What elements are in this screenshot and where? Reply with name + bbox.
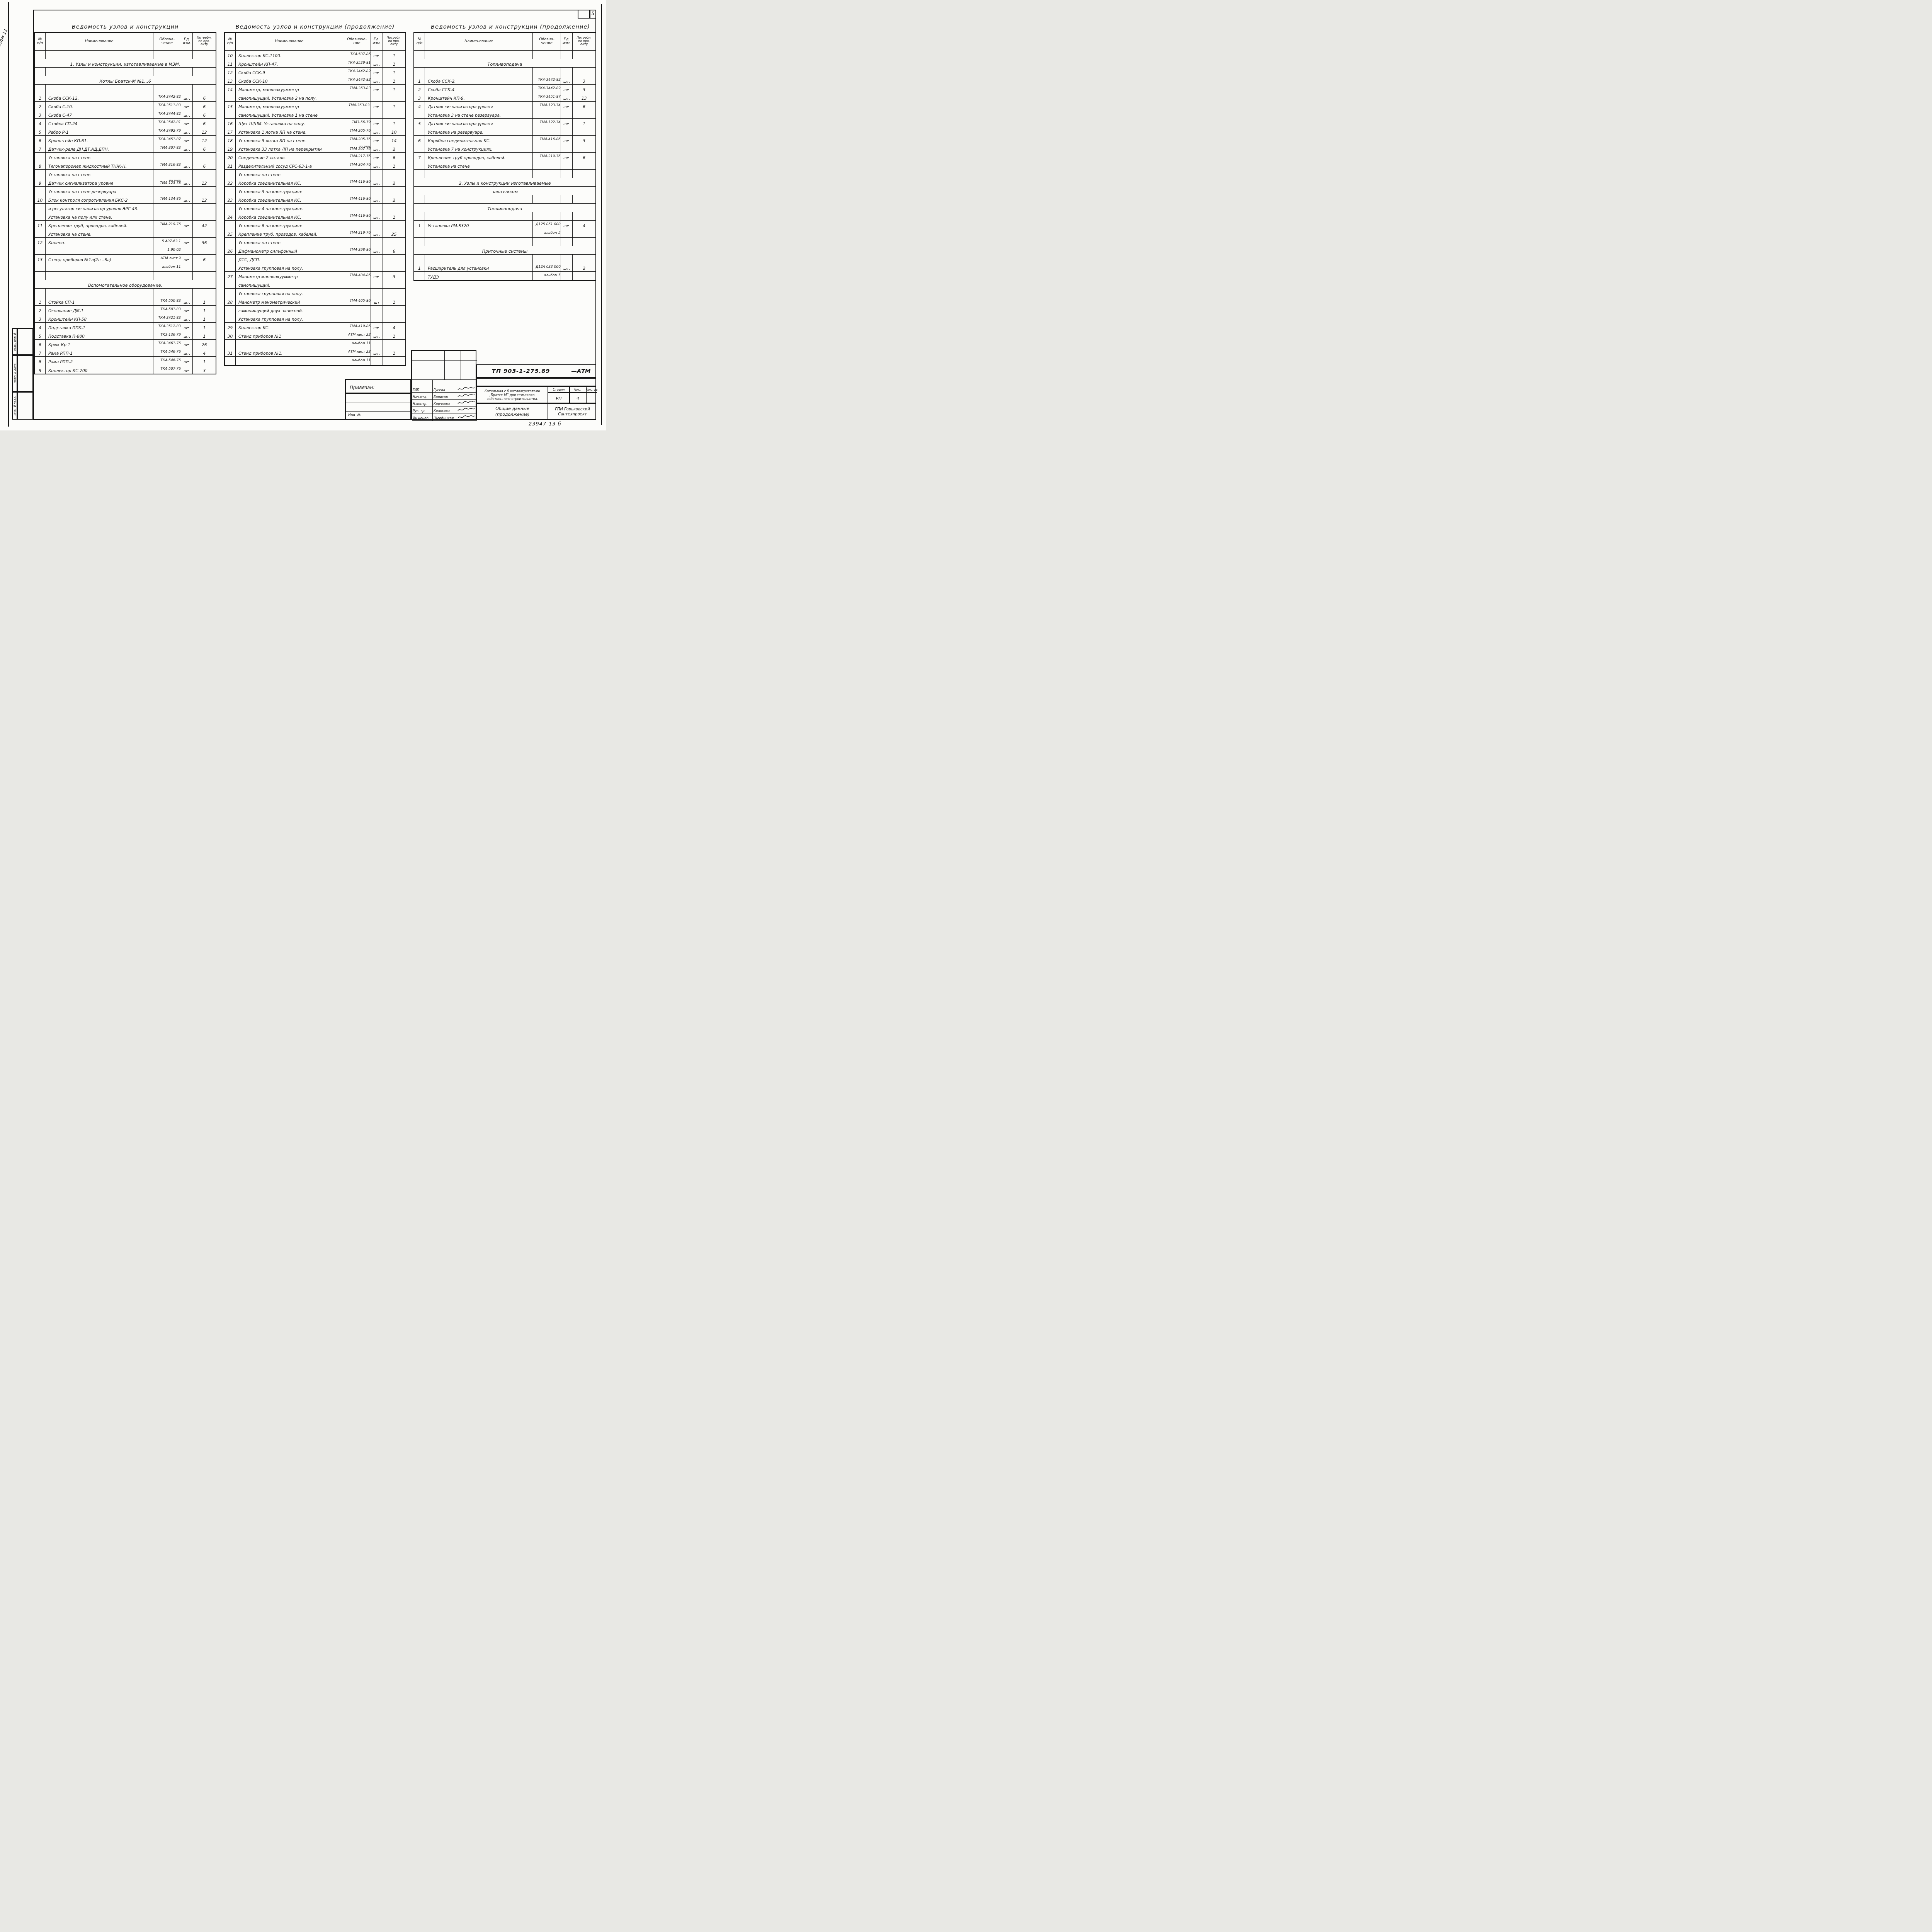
row-unit: шт.	[181, 110, 193, 118]
row-name: Датчик сигнализатора уровня	[425, 119, 533, 127]
row-qty	[383, 306, 405, 314]
row-num: 16	[225, 119, 236, 127]
row-name: Датчик сигнализатора уровня	[425, 102, 533, 110]
col-header-num: № п/п	[225, 33, 236, 50]
signature-role: Н.контр.	[412, 400, 433, 406]
signature-name: Корчкова	[433, 400, 455, 406]
row-designation: ТК4-507-86	[343, 51, 371, 59]
row-name: Установка на стене.	[236, 170, 343, 178]
row-name: Датчик-реле ДН,ДТ,АД,ДПН.	[46, 144, 153, 152]
row-num: 7	[35, 144, 46, 152]
row-designation	[343, 238, 371, 246]
row-designation: ТК4-3442-82	[343, 68, 371, 76]
row-qty	[383, 263, 405, 271]
table-row: 10Блок контроля сопротивления БКС-2ТМ4-1…	[35, 195, 216, 204]
row-unit: шт.	[371, 136, 383, 144]
row-name: Коробка соединительная КС.	[425, 136, 533, 144]
page-number: 5	[590, 10, 596, 19]
row-num	[225, 314, 236, 322]
row-unit	[181, 204, 193, 212]
row-designation: по типуТМ4-207-76	[343, 144, 371, 152]
table-row: Установка на стене резервуара	[35, 187, 216, 195]
row-unit: шт.	[181, 297, 193, 305]
row-designation: ТК4-3442-82	[153, 93, 182, 101]
row-designation	[533, 255, 561, 263]
table-row: 12Скоба ССК-9ТК4-3442-82шт.1	[225, 68, 405, 76]
row-qty	[383, 289, 405, 297]
row-num: 29	[225, 323, 236, 331]
row-num	[35, 204, 46, 212]
row-num	[414, 229, 425, 237]
row-num	[414, 212, 425, 220]
table-title: Ведомость узлов и конструкций (продолжен…	[224, 24, 406, 30]
row-unit: шт.	[561, 153, 573, 161]
signature-row: Рук. гр.Колосова	[412, 406, 477, 413]
section-title: 2. Узлы и конструкции изготавливаемые	[459, 181, 551, 186]
table-row: 15Манометр, мановакуумметрТМ4-363-83.шт.…	[225, 102, 405, 110]
row-num: 5	[35, 127, 46, 135]
table-row: самопишущий двух записной.	[225, 306, 405, 314]
row-unit: шт.	[181, 238, 193, 246]
row-name: Коробка соединительная КС.	[236, 195, 343, 203]
row-name: Разделительный сосуд СРС-63-1-а	[236, 161, 343, 169]
row-designation: ТМ4-398-86	[343, 246, 371, 254]
row-unit	[561, 51, 573, 59]
row-unit	[561, 127, 573, 135]
row-designation: ТК4-3461-76	[153, 340, 182, 348]
document-title: Общие данные (продолжение)	[477, 404, 548, 419]
row-designation	[533, 110, 561, 118]
table-row: 6Кронштейн КП-61.ТК4-3451-87шт.12	[35, 136, 216, 144]
row-num: 6	[35, 340, 46, 348]
row-unit	[371, 280, 383, 288]
row-name: Установка на стене.	[46, 153, 153, 161]
section-title: 1. Узлы и конструкции, изготавливаемые в…	[70, 62, 180, 67]
signature-role: Нач.отд.	[412, 393, 433, 400]
row-num	[35, 170, 46, 178]
row-unit: шт.	[181, 195, 193, 203]
row-unit: шт.	[561, 102, 573, 110]
row-designation: ТМ4-219-76	[343, 229, 371, 237]
row-designation	[153, 272, 182, 280]
row-num: 7	[414, 153, 425, 161]
row-name: Установка 6 на конструкциях	[236, 221, 343, 229]
row-qty	[573, 144, 595, 152]
table-row: 1Стойка СП-1ТК4-550-83шт.1	[35, 297, 216, 306]
table-row: 18Установка 9 лотка ЛП на стене.ТМ4-205-…	[225, 136, 405, 144]
drawing-sheet: 5 Альбом 11 Взам. инв.№Подп. и датаИнв. …	[0, 0, 606, 430]
row-designation	[343, 93, 371, 101]
row-qty	[193, 289, 216, 297]
signature-role: Инженер	[412, 413, 433, 421]
row-designation: ТК4-3529-81	[343, 59, 371, 67]
row-qty: 6	[193, 93, 216, 101]
row-designation: альбом 11	[343, 340, 371, 348]
blank-row	[35, 272, 216, 280]
row-designation: ТК4-3542-81	[153, 119, 182, 127]
row-name	[425, 212, 533, 220]
row-qty: 12	[193, 136, 216, 144]
section-row: Котлы Братск-М №1...6	[35, 76, 216, 85]
inventory-number-label: Инв. №	[348, 413, 361, 417]
signature-mark	[455, 413, 477, 421]
row-qty	[383, 357, 405, 365]
parts-table-1: Ведомость узлов и конструкций № п/пНаиме…	[34, 24, 216, 374]
row-name: Кронштейн КП-47.	[236, 59, 343, 67]
row-unit	[371, 221, 383, 229]
row-num	[35, 246, 46, 254]
row-num	[225, 170, 236, 178]
row-qty	[383, 187, 405, 195]
row-qty: 6	[383, 153, 405, 161]
table-row: 13Стенд приборов №1л(2л...6л)АТМ лист 9ш…	[35, 255, 216, 263]
row-qty	[193, 170, 216, 178]
row-unit	[181, 51, 193, 59]
row-name	[425, 238, 533, 246]
row-name: Кронштейн КП-9.	[425, 93, 533, 101]
row-name: Рама РПП-2	[46, 357, 153, 365]
row-unit: шт.	[371, 348, 383, 356]
signature-name: Щербицкая	[433, 413, 455, 421]
row-unit: шт.	[371, 119, 383, 127]
row-designation: ТМ4-205-76	[343, 136, 371, 144]
table-row: 19Установка 33 лотка ЛП на перекрытиипо …	[225, 144, 405, 153]
signature-role: ГИП	[412, 380, 433, 393]
row-designation	[153, 153, 182, 161]
empty-cell	[412, 351, 428, 361]
row-qty: 2	[383, 144, 405, 152]
row-qty: 1	[383, 212, 405, 220]
signature-grid-empty-row	[412, 361, 477, 370]
table-row: 17Установка 1 лотка ЛП на стене.ТМ4-205-…	[225, 127, 405, 136]
row-designation	[153, 289, 182, 297]
row-unit	[181, 68, 193, 76]
row-qty	[573, 229, 595, 237]
row-qty: 3	[573, 136, 595, 144]
margin-stamp-box-empty	[17, 328, 33, 355]
row-num	[225, 221, 236, 229]
row-num: 19	[225, 144, 236, 152]
section-title: заказчиком	[492, 189, 518, 195]
row-name: Скоба ССК-2.	[425, 76, 533, 84]
row-name	[46, 51, 153, 59]
row-qty: 2	[383, 178, 405, 186]
row-designation: ТМ4-122-74	[533, 119, 561, 127]
row-qty	[193, 204, 216, 212]
section-title: Топливоподача	[488, 62, 522, 67]
row-qty: 6	[193, 144, 216, 152]
table-row: 1Скоба ССК-12.ТК4-3442-82шт.6	[35, 93, 216, 102]
row-name: Коробка соединительная КС.	[236, 212, 343, 220]
row-name: Установка 9 лотка ЛП на стене.	[236, 136, 343, 144]
row-num: 4	[35, 323, 46, 331]
sheet-edge-line-left	[8, 2, 9, 427]
row-name: Установка на стене резервуара	[46, 187, 153, 195]
table-row: 7Рама РПП-1ТК4-546-76шт.4	[35, 348, 216, 357]
row-num	[414, 68, 425, 76]
stamp-signature-grid: ГИПГусеваНач.отд.БорисовН.контр.Корчкова…	[411, 350, 476, 420]
table-row: 3Кронштейн КП-58ТК4-3421-83шт.1	[35, 314, 216, 323]
row-qty: 6	[573, 153, 595, 161]
table-row: 10Коллектор КС-1100.ТК4-507-86шт.1	[225, 51, 405, 59]
table-row: Установка групповая на полу.	[225, 289, 405, 297]
row-name: Рама РПП-1	[46, 348, 153, 356]
row-name: Установка на стене.	[236, 238, 343, 246]
table-row: 27Манометр мановакуумметрТМ4-404-86шт.3	[225, 272, 405, 280]
row-unit: шт.	[371, 59, 383, 67]
row-qty: 6	[193, 119, 216, 127]
row-designation: ТМ4-307-83	[153, 144, 182, 152]
table-row: самопишущий. Установка 1 на стене	[225, 110, 405, 119]
row-designation: альбом 5	[533, 272, 561, 280]
row-designation: ТМ4-416-86	[343, 212, 371, 220]
row-name: Установка 33 лотка ЛП на перекрытии	[236, 144, 343, 152]
margin-stamp-box-empty	[17, 392, 33, 420]
row-designation: ТК4-507-76	[153, 365, 182, 374]
row-num	[225, 110, 236, 118]
signature-mark	[455, 380, 477, 393]
col-header-name: Наименование	[425, 33, 533, 50]
row-qty: 1	[193, 297, 216, 305]
section-title: Котлы Братск-М №1...6	[99, 79, 151, 84]
row-qty	[573, 255, 595, 263]
row-designation	[153, 170, 182, 178]
table-row: Установка на стене.	[225, 170, 405, 178]
signature-row: ГИПГусева	[412, 380, 477, 393]
row-num	[35, 229, 46, 237]
table-header: № п/пНаименованиеОбозна- чениеЕд. изм.По…	[414, 33, 595, 51]
row-unit	[181, 212, 193, 220]
section-row: Топливоподача	[414, 59, 595, 68]
row-qty: 3	[193, 365, 216, 374]
table-row: Установка на стене.	[35, 170, 216, 178]
row-qty	[383, 280, 405, 288]
row-num: 27	[225, 272, 236, 280]
row-designation	[153, 68, 182, 76]
row-num: 2	[35, 102, 46, 110]
row-unit: шт.	[371, 68, 383, 76]
row-unit: шт.	[181, 221, 193, 229]
row-designation: АТМ лист 9	[153, 255, 182, 263]
row-designation: ТМ4-123-74	[533, 102, 561, 110]
row-qty	[193, 229, 216, 237]
row-qty	[193, 153, 216, 161]
row-designation	[533, 212, 561, 220]
row-name	[425, 51, 533, 59]
table-row: 30Стенд приборов №1АТМ лист 22шт.1	[225, 331, 405, 340]
row-unit	[561, 272, 573, 280]
row-unit	[181, 246, 193, 254]
sheet-value: 4	[570, 393, 586, 404]
row-num	[414, 51, 425, 59]
row-unit	[561, 212, 573, 220]
blank-row	[414, 51, 595, 59]
row-qty: 1	[383, 331, 405, 339]
row-num: 1	[414, 263, 425, 271]
row-unit: шт.	[371, 323, 383, 331]
row-name: Крепление труб, проводов, кабелей.	[236, 229, 343, 237]
table-row: 1Расширитель для установкиД12А 033 000шт…	[414, 263, 595, 272]
table-row: 11Кронштейн КП-47.ТК4-3529-81шт.1	[225, 59, 405, 68]
table-row: 5Ребро Р-1ТК4-3492-79шт.12	[35, 127, 216, 136]
col-header-num: № п/п	[35, 33, 46, 50]
empty-cell	[445, 351, 461, 361]
row-qty	[383, 340, 405, 348]
row-designation	[343, 306, 371, 314]
signature-mark	[455, 393, 477, 400]
row-unit	[561, 255, 573, 263]
row-qty: 12	[193, 195, 216, 203]
row-num: 24	[225, 212, 236, 220]
row-qty	[193, 187, 216, 195]
row-qty	[383, 221, 405, 229]
row-designation: альбом 11	[343, 357, 371, 365]
blank-row	[414, 238, 595, 246]
row-designation: ТК4-3444-82	[153, 110, 182, 118]
row-unit	[371, 314, 383, 322]
table-row: 9Коллектор КС-700ТК4-507-76шт.3	[35, 365, 216, 374]
row-unit	[371, 204, 383, 212]
row-designation: АТМ лист 22	[343, 331, 371, 339]
table-row: 22Коробка соединительная КС.ТМ4-416-86шт…	[225, 178, 405, 187]
margin-stamp-box: Подп. и дата	[12, 355, 17, 392]
row-qty: 1	[383, 348, 405, 356]
row-unit: шт.	[561, 263, 573, 271]
row-name: ТУДЭ	[425, 272, 533, 280]
row-designation: ТМ4-363-83	[343, 85, 371, 93]
row-qty	[573, 127, 595, 135]
table-row: 26Дифманометр сильфонныйТМ4-398-86шт.6	[225, 246, 405, 255]
col-header-qty: Потребн. по про- екту	[383, 33, 405, 50]
row-num	[225, 306, 236, 314]
row-unit	[371, 263, 383, 271]
table-row: 14Манометр, мановакуумметрТМ4-363-83шт.1	[225, 85, 405, 93]
signature-role: Рук. гр.	[412, 406, 433, 413]
doc-code: ТП 903-1-275.89	[492, 368, 550, 374]
row-designation: ТК4-3442-82	[533, 85, 561, 93]
row-designation: по типуТМ4-123-74	[153, 178, 182, 186]
table-row: 21Разделительный сосуд СРС-63-1-аТМ4-304…	[225, 161, 405, 170]
row-num: 3	[35, 314, 46, 322]
table-row: Установка на стене	[414, 161, 595, 170]
row-num	[225, 238, 236, 246]
row-designation	[153, 85, 182, 93]
empty-cell	[461, 361, 477, 370]
row-name	[236, 340, 343, 348]
table-row: 4Датчик сигнализатора уровняТМ4-123-74шт…	[414, 102, 595, 110]
section-title: Вспомогательное оборудование.	[88, 283, 162, 288]
row-qty: 13	[573, 93, 595, 101]
row-qty	[383, 204, 405, 212]
parts-table-2: Ведомость узлов и конструкций (продолжен…	[224, 24, 406, 366]
row-num	[35, 289, 46, 297]
row-num: 13	[225, 76, 236, 84]
row-num: 8	[35, 357, 46, 365]
row-qty: 6	[193, 255, 216, 263]
row-num	[225, 187, 236, 195]
row-num: 20	[225, 153, 236, 161]
row-unit	[561, 68, 573, 76]
table-row: Установка на стене.	[225, 238, 405, 246]
row-unit: шт.	[371, 178, 383, 186]
row-name	[46, 246, 153, 254]
blank-row	[35, 68, 216, 76]
row-name: Установка групповая на полу.	[236, 314, 343, 322]
section-row: 1. Узлы и конструкции, изготавливаемые в…	[35, 59, 216, 68]
table-row: Установка 7 на конструкциях.	[414, 144, 595, 153]
row-num: 12	[35, 238, 46, 246]
row-name: Кронштейн КП-58	[46, 314, 153, 322]
bound-label: Привязан:	[350, 385, 374, 390]
table-row: 20Соединение 2 лотков.ТМ4-217-76шт.6	[225, 153, 405, 161]
row-qty	[573, 195, 595, 203]
signature-grid-empty-row	[412, 351, 477, 361]
sheets-label: Листов	[586, 387, 597, 393]
row-unit: шт.	[371, 144, 383, 152]
row-designation	[343, 221, 371, 229]
row-unit: шт.	[181, 144, 193, 152]
row-unit	[561, 161, 573, 169]
row-name	[425, 255, 533, 263]
signature-row: Нач.отд.Борисов	[412, 393, 477, 400]
row-num: 5	[35, 331, 46, 339]
col-header-designation: Обозна- чение	[533, 33, 561, 50]
row-name: Манометр, мановакуумметр	[236, 102, 343, 110]
row-name: Щит ЩШМ. Установка на полу.	[236, 119, 343, 127]
blank-row	[35, 51, 216, 59]
row-unit: шт.	[181, 255, 193, 263]
row-qty	[383, 238, 405, 246]
row-num: 5	[414, 119, 425, 127]
row-unit	[181, 153, 193, 161]
row-designation: ТМ4-416-86	[343, 195, 371, 203]
row-designation	[153, 229, 182, 237]
empty-cell	[428, 361, 444, 370]
table-row: 4Стойка СП-24ТК4-3542-81шт.6	[35, 119, 216, 127]
row-name: Манометр манометрический	[236, 297, 343, 305]
margin-stamp-box: Взам. инв.№	[12, 328, 17, 355]
row-num	[35, 51, 46, 59]
col-header-qty: Потребн. по про- екту	[193, 33, 216, 50]
row-qty: 1	[383, 119, 405, 127]
table-row: 25Крепление труб, проводов, кабелей.ТМ4-…	[225, 229, 405, 238]
row-name: Скоба С-10.	[46, 102, 153, 110]
row-name: Скоба ССК-9	[236, 68, 343, 76]
row-name: Манометр мановакуумметр	[236, 272, 343, 280]
row-qty: 10	[383, 127, 405, 135]
row-num	[414, 255, 425, 263]
row-num: 1	[414, 76, 425, 84]
row-unit: шт.	[371, 76, 383, 84]
row-unit: шт.	[561, 119, 573, 127]
row-name: Стенд приборов №1.	[236, 348, 343, 356]
table-row: Установка 6 на конструкциях	[225, 221, 405, 229]
row-designation: ТК4-550-83	[153, 297, 182, 305]
row-qty: 1	[573, 119, 595, 127]
row-unit: шт.	[181, 127, 193, 135]
table-row: 23Коробка соединительная КС.ТМ4-416-86шт…	[225, 195, 405, 204]
row-designation: Д125 061 000	[533, 221, 561, 229]
empty-cell	[445, 370, 461, 380]
table-row: 7Датчик-реле ДН,ДТ,АД,ДПН.ТМ4-307-83шт.6	[35, 144, 216, 153]
row-name: Манометр, мановакуумметр	[236, 85, 343, 93]
row-unit	[181, 85, 193, 93]
row-qty: 4	[573, 221, 595, 229]
row-unit	[371, 187, 383, 195]
section-row: Вспомогательное оборудование.	[35, 280, 216, 289]
row-unit	[561, 195, 573, 203]
row-qty	[573, 238, 595, 246]
